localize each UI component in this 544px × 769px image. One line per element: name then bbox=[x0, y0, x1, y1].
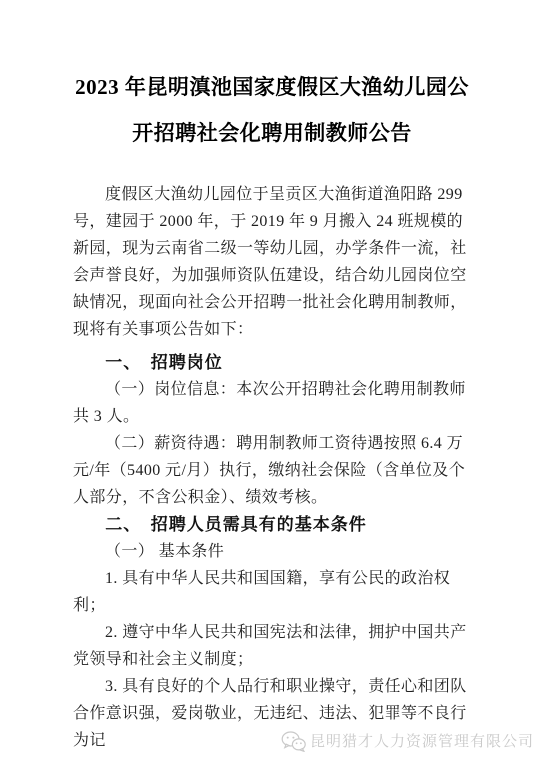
document-page: 2023 年昆明滇池国家度假区大渔幼儿园公 开招聘社会化聘用制教师公告 度假区大… bbox=[0, 0, 544, 769]
intro-paragraph: 度假区大渔幼儿园位于呈贡区大渔街道渔阳路 299 号，建园于 2000 年，于 … bbox=[73, 181, 475, 343]
footer-watermark: 昆明猎才人力资源管理有限公司 bbox=[281, 731, 534, 752]
wechat-icon bbox=[281, 731, 306, 752]
title-line-2: 开招聘社会化聘用制教师公告 bbox=[40, 110, 504, 156]
company-name: 昆明猎才人力资源管理有限公司 bbox=[310, 732, 534, 752]
document-title: 2023 年昆明滇池国家度假区大渔幼儿园公 开招聘社会化聘用制教师公告 bbox=[40, 64, 504, 156]
salary-paragraph: （二）薪资待遇：聘用制教师工资待遇按照 6.4 万元/年（5400 元/月）执行… bbox=[73, 430, 475, 511]
section-1-heading: 一、 招聘岗位 bbox=[73, 349, 475, 376]
title-line-1: 2023 年昆明滇池国家度假区大渔幼儿园公 bbox=[40, 64, 504, 110]
condition-item-1: 1. 具有中华人民共和国国籍，享有公民的政治权利； bbox=[73, 565, 475, 619]
basic-conditions-subheading: （一） 基本条件 bbox=[73, 538, 475, 565]
condition-item-2: 2. 遵守中华人民共和国宪法和法律，拥护中国共产党领导和社会主义制度； bbox=[73, 619, 475, 673]
document-body: 度假区大渔幼儿园位于呈贡区大渔街道渔阳路 299 号，建园于 2000 年，于 … bbox=[73, 181, 475, 754]
job-info-paragraph: （一）岗位信息：本次公开招聘社会化聘用制教师共 3 人。 bbox=[73, 376, 475, 430]
section-2-heading: 二、 招聘人员需具有的基本条件 bbox=[73, 511, 475, 538]
